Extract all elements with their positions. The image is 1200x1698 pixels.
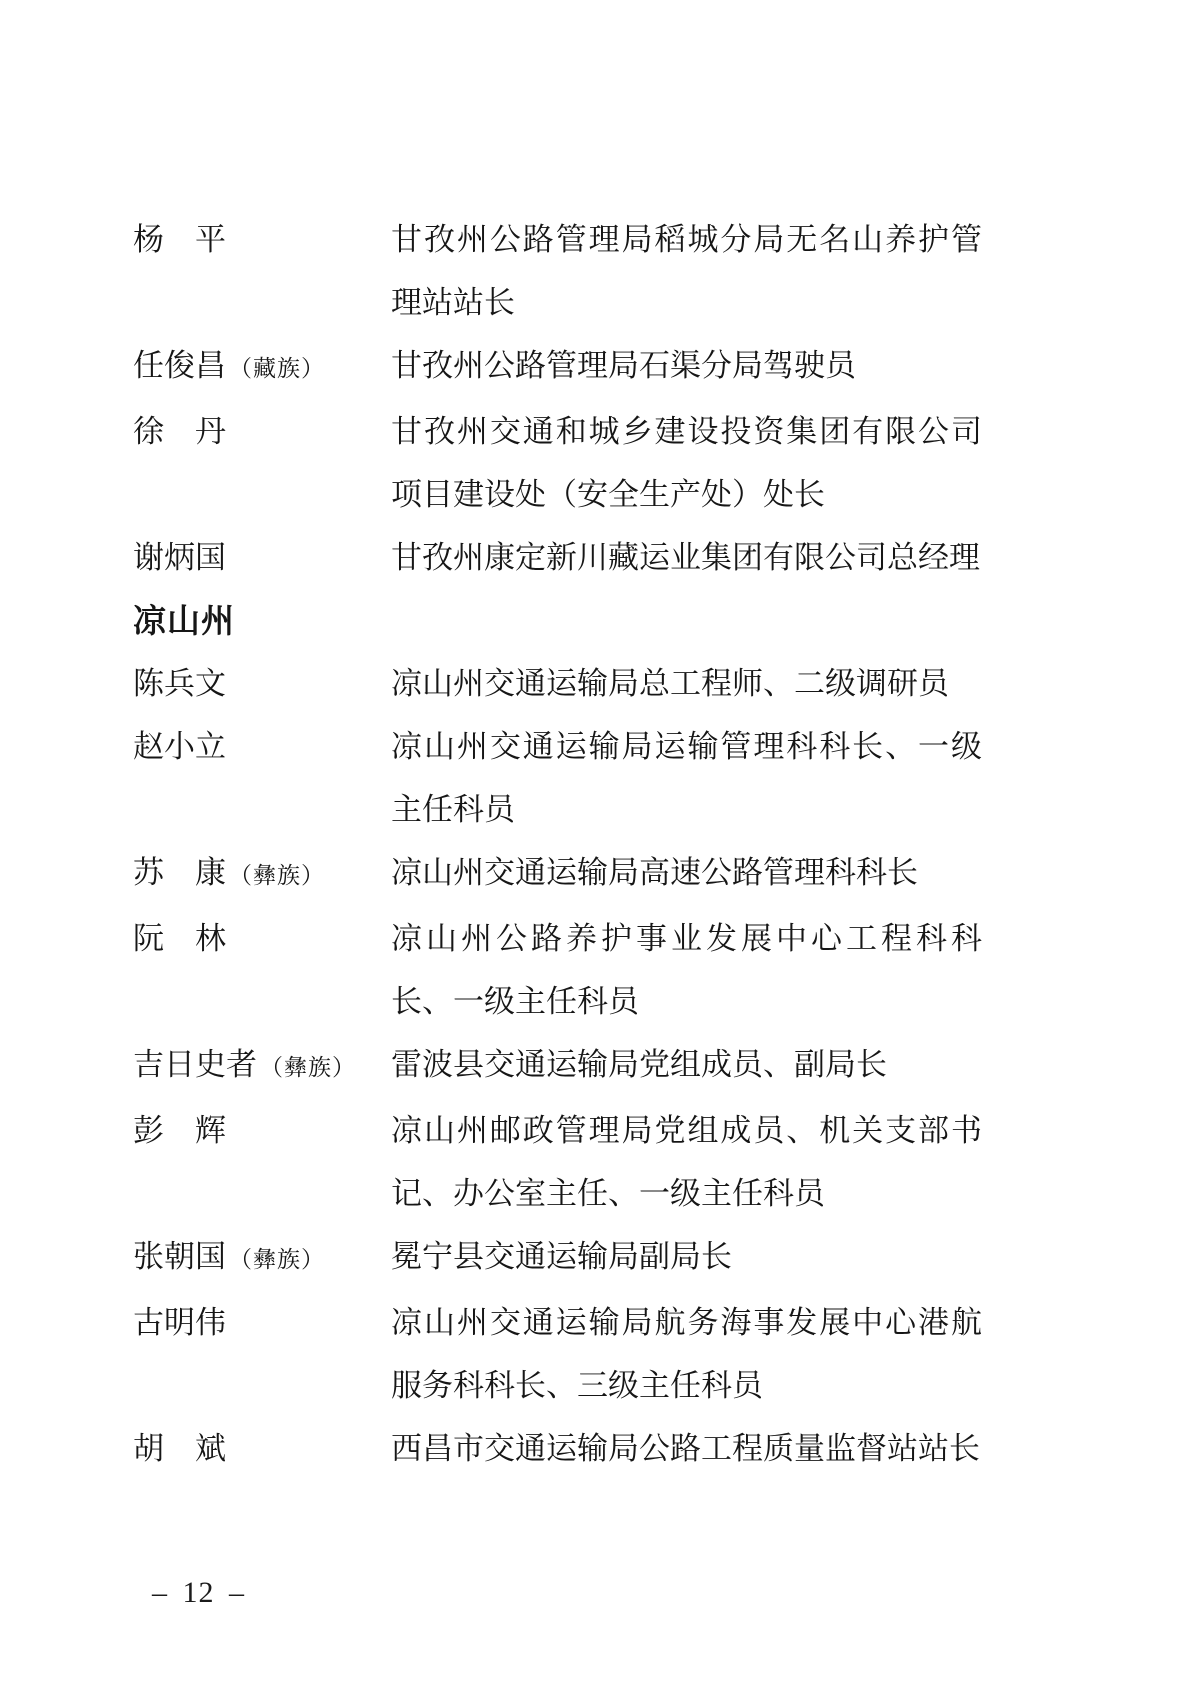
position-line: 服务科科长、三级主任科员 bbox=[391, 1354, 982, 1417]
position-line: 长、一级主任科员 bbox=[391, 970, 982, 1033]
position-line: 西昌市交通运输局公路工程质量监督站站长 bbox=[391, 1417, 982, 1480]
person-position: 雷波县交通运输局党组成员、副局长 bbox=[391, 1033, 982, 1096]
position-line: 主任科员 bbox=[391, 778, 982, 841]
person-name-text: 杨 平 bbox=[133, 222, 226, 257]
person-name-text: 陈兵文 bbox=[133, 666, 226, 701]
roster-entry: 杨 平 甘孜州公路管理局稻城分局无名山养护管 理站站长 bbox=[133, 208, 993, 334]
person-name-text: 彭 辉 bbox=[133, 1113, 226, 1148]
person-name: 谢炳国 bbox=[133, 526, 391, 589]
section-header-row: 凉山州 bbox=[133, 589, 993, 652]
person-position: 凉山州交通运输局总工程师、二级调研员 bbox=[391, 652, 982, 715]
person-position: 甘孜州公路管理局稻城分局无名山养护管 理站站长 bbox=[391, 208, 982, 334]
position-line: 凉山州邮政管理局党组成员、机关支部书 bbox=[391, 1099, 982, 1162]
person-name: 苏 康（彝族） bbox=[133, 841, 391, 907]
person-position: 凉山州交通运输局高速公路管理科科长 bbox=[391, 841, 982, 904]
roster-list: 杨 平 甘孜州公路管理局稻城分局无名山养护管 理站站长 任俊昌（藏族） 甘孜州公… bbox=[133, 208, 993, 1480]
position-line: 记、办公室主任、一级主任科员 bbox=[391, 1162, 982, 1225]
position-line: 凉山州交通运输局总工程师、二级调研员 bbox=[391, 652, 982, 715]
position-line: 甘孜州公路管理局石渠分局驾驶员 bbox=[391, 334, 982, 397]
person-name: 胡 斌 bbox=[133, 1417, 391, 1480]
position-line: 甘孜州交通和城乡建设投资集团有限公司 bbox=[391, 400, 982, 463]
person-name: 任俊昌（藏族） bbox=[133, 334, 391, 400]
position-line: 甘孜州公路管理局稻城分局无名山养护管 bbox=[391, 208, 982, 271]
roster-entry: 阮 林 凉山州公路养护事业发展中心工程科科 长、一级主任科员 bbox=[133, 907, 993, 1033]
roster-entry: 任俊昌（藏族） 甘孜州公路管理局石渠分局驾驶员 bbox=[133, 334, 993, 400]
roster-entry: 谢炳国 甘孜州康定新川藏运业集团有限公司总经理 bbox=[133, 526, 993, 589]
person-position: 西昌市交通运输局公路工程质量监督站站长 bbox=[391, 1417, 982, 1480]
person-position: 冕宁县交通运输局副局长 bbox=[391, 1225, 982, 1288]
person-name: 徐 丹 bbox=[133, 400, 391, 463]
roster-entry: 赵小立 凉山州交通运输局运输管理科科长、一级 主任科员 bbox=[133, 715, 993, 841]
section-header-liangshan: 凉山州 bbox=[133, 589, 235, 652]
position-line: 项目建设处（安全生产处）处长 bbox=[391, 463, 982, 526]
roster-entry: 吉日史者（彝族） 雷波县交通运输局党组成员、副局长 bbox=[133, 1033, 993, 1099]
ethnicity-label: （彝族） bbox=[229, 1247, 325, 1272]
person-name-text: 赵小立 bbox=[133, 729, 226, 764]
person-name: 陈兵文 bbox=[133, 652, 391, 715]
person-position: 凉山州交通运输局运输管理科科长、一级 主任科员 bbox=[391, 715, 982, 841]
roster-entry: 彭 辉 凉山州邮政管理局党组成员、机关支部书 记、办公室主任、一级主任科员 bbox=[133, 1099, 993, 1225]
position-line: 理站站长 bbox=[391, 271, 982, 334]
person-name-text: 徐 丹 bbox=[133, 414, 226, 449]
person-name-text: 古明伟 bbox=[133, 1305, 226, 1340]
roster-entry: 张朝国（彝族） 冕宁县交通运输局副局长 bbox=[133, 1225, 993, 1291]
person-name-text: 谢炳国 bbox=[133, 540, 226, 575]
roster-entry: 陈兵文 凉山州交通运输局总工程师、二级调研员 bbox=[133, 652, 993, 715]
ethnicity-label: （彝族） bbox=[229, 863, 325, 888]
position-line: 凉山州交通运输局航务海事发展中心港航 bbox=[391, 1291, 982, 1354]
person-position: 凉山州邮政管理局党组成员、机关支部书 记、办公室主任、一级主任科员 bbox=[391, 1099, 982, 1225]
person-name: 张朝国（彝族） bbox=[133, 1225, 391, 1291]
person-name: 阮 林 bbox=[133, 907, 391, 970]
position-line: 凉山州交通运输局高速公路管理科科长 bbox=[391, 841, 982, 904]
page-number: – 12 – bbox=[152, 1578, 245, 1608]
roster-entry: 苏 康（彝族） 凉山州交通运输局高速公路管理科科长 bbox=[133, 841, 993, 907]
ethnicity-label: （藏族） bbox=[229, 356, 325, 381]
roster-entry: 徐 丹 甘孜州交通和城乡建设投资集团有限公司 项目建设处（安全生产处）处长 bbox=[133, 400, 993, 526]
position-line: 雷波县交通运输局党组成员、副局长 bbox=[391, 1033, 982, 1096]
person-name-text: 吉日史者 bbox=[133, 1047, 257, 1082]
person-name: 古明伟 bbox=[133, 1291, 391, 1354]
person-position: 甘孜州公路管理局石渠分局驾驶员 bbox=[391, 334, 982, 397]
person-position: 甘孜州康定新川藏运业集团有限公司总经理 bbox=[391, 526, 982, 589]
roster-entry: 胡 斌 西昌市交通运输局公路工程质量监督站站长 bbox=[133, 1417, 993, 1480]
person-name: 彭 辉 bbox=[133, 1099, 391, 1162]
person-name-text: 苏 康 bbox=[133, 855, 226, 890]
person-name-text: 阮 林 bbox=[133, 921, 226, 956]
position-line: 甘孜州康定新川藏运业集团有限公司总经理 bbox=[391, 526, 982, 589]
roster-entry: 古明伟 凉山州交通运输局航务海事发展中心港航 服务科科长、三级主任科员 bbox=[133, 1291, 993, 1417]
person-position: 甘孜州交通和城乡建设投资集团有限公司 项目建设处（安全生产处）处长 bbox=[391, 400, 982, 526]
person-name: 吉日史者（彝族） bbox=[133, 1033, 391, 1099]
position-line: 凉山州交通运输局运输管理科科长、一级 bbox=[391, 715, 982, 778]
ethnicity-label: （彝族） bbox=[260, 1055, 356, 1080]
person-name-text: 任俊昌 bbox=[133, 348, 226, 383]
person-position: 凉山州公路养护事业发展中心工程科科 长、一级主任科员 bbox=[391, 907, 982, 1033]
document-page: 杨 平 甘孜州公路管理局稻城分局无名山养护管 理站站长 任俊昌（藏族） 甘孜州公… bbox=[0, 0, 1200, 1698]
person-name: 赵小立 bbox=[133, 715, 391, 778]
person-name-text: 胡 斌 bbox=[133, 1431, 226, 1466]
position-line: 冕宁县交通运输局副局长 bbox=[391, 1225, 982, 1288]
position-line: 凉山州公路养护事业发展中心工程科科 bbox=[391, 907, 982, 970]
person-position: 凉山州交通运输局航务海事发展中心港航 服务科科长、三级主任科员 bbox=[391, 1291, 982, 1417]
person-name: 杨 平 bbox=[133, 208, 391, 271]
person-name-text: 张朝国 bbox=[133, 1239, 226, 1274]
